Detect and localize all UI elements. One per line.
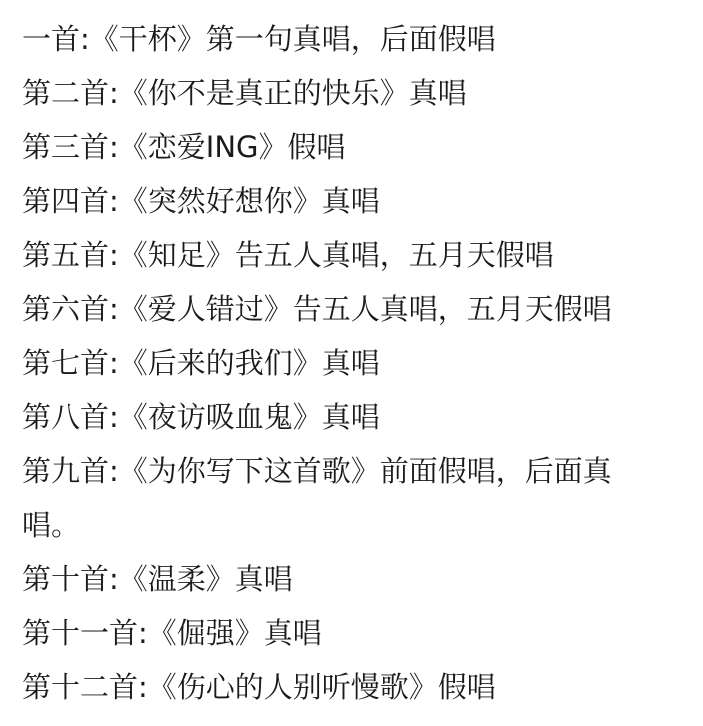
song-line-11: 第十一首:《倔强》真唱 <box>22 606 682 660</box>
song-line-8: 第八首:《夜访吸血鬼》真唱 <box>22 390 682 444</box>
song-line-9-continued: 唱。 <box>22 498 682 552</box>
song-line-3: 第三首:《恋爱ING》假唱 <box>22 120 682 174</box>
song-line-9: 第九首:《为你写下这首歌》前面假唱，后面真 <box>22 444 682 498</box>
song-line-12: 第十二首:《伤心的人别听慢歌》假唱 <box>22 660 682 714</box>
song-line-2: 第二首:《你不是真正的快乐》真唱 <box>22 66 682 120</box>
song-line-6: 第六首:《爱人错过》告五人真唱，五月天假唱 <box>22 282 682 336</box>
song-line-4: 第四首:《突然好想你》真唱 <box>22 174 682 228</box>
song-line-7: 第七首:《后来的我们》真唱 <box>22 336 682 390</box>
song-list-document: 一首:《干杯》第一句真唱，后面假唱 第二首:《你不是真正的快乐》真唱 第三首:《… <box>22 12 682 714</box>
song-line-5: 第五首:《知足》告五人真唱，五月天假唱 <box>22 228 682 282</box>
song-line-1: 一首:《干杯》第一句真唱，后面假唱 <box>22 12 682 66</box>
song-line-10: 第十首:《温柔》真唱 <box>22 552 682 606</box>
